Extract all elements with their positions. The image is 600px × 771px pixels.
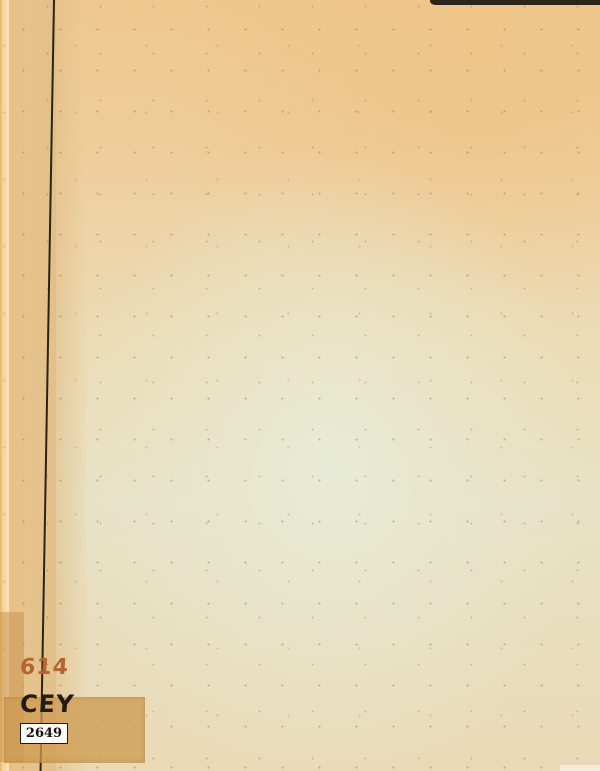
accession-number-label: 2649: [20, 723, 68, 744]
call-number-cutter: CEY: [19, 690, 75, 718]
call-number-class: 614: [19, 655, 70, 680]
book-cover: 614 CEY 2649: [0, 0, 600, 771]
scan-bottom-corner: [560, 765, 600, 771]
scan-top-edge-shadow: [430, 0, 600, 5]
paper-fiber-specks: [0, 0, 600, 771]
